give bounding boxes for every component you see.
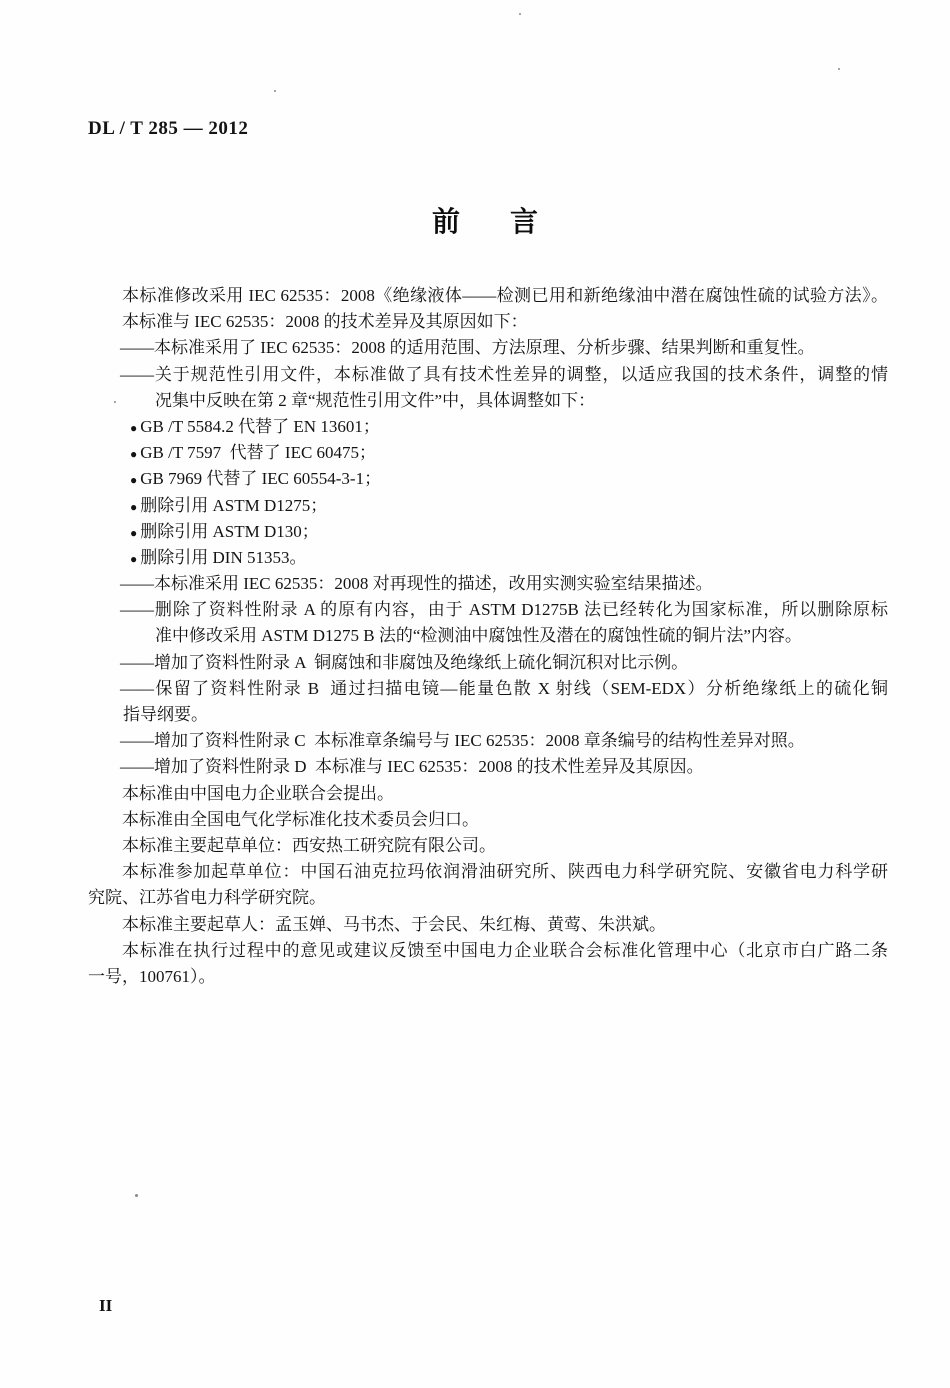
text-line: ● 删除引用 DIN 51353。 (88, 545, 888, 571)
text-line: ——保留了资料性附录 B 通过扫描电镜—能量色散 X 射线（SEM-EDX）分析… (88, 676, 888, 702)
scan-speck (519, 13, 521, 15)
title-char-2: 言 (510, 200, 538, 240)
bullet-icon: ● (130, 526, 140, 540)
text-line: ● GB 7969 代替了 IEC 60554-3-1； (88, 466, 888, 492)
foreword-body: 本标准修改采用 IEC 62535：2008《绝缘液体——检测已用和新绝缘油中潜… (88, 283, 888, 990)
text-line: ● 删除引用 ASTM D130； (88, 519, 888, 545)
bullet-icon: ● (130, 552, 140, 566)
text-line: ——本标准采用了 IEC 62535：2008 的适用范围、方法原理、分析步骤、… (88, 335, 888, 361)
text-line: ● 删除引用 ASTM D1275； (88, 493, 888, 519)
text-line: 准中修改采用 ASTM D1275 B 法的“检测油中腐蚀性及潜在的腐蚀性硫的铜… (88, 623, 888, 649)
text-line: ——增加了资料性附录 D 本标准与 IEC 62535：2008 的技术性差异及… (88, 754, 888, 780)
text-line: 本标准与 IEC 62535：2008 的技术差异及其原因如下： (88, 309, 888, 335)
text-line: ——增加了资料性附录 C 本标准章条编号与 IEC 62535：2008 章条编… (88, 728, 888, 754)
text-line: 本标准由全国电气化学标准化技术委员会归口。 (88, 807, 888, 833)
text-line: 况集中反映在第 2 章“规范性引用文件”中，具体调整如下： (88, 388, 888, 414)
bullet-icon: ● (130, 500, 140, 514)
title-char-1: 前 (432, 200, 460, 240)
text-line: 本标准主要起草人：孟玉婵、马书杰、于会民、朱红梅、黄莺、朱洪斌。 (88, 912, 888, 938)
bullet-icon: ● (130, 473, 140, 487)
text-line: 本标准修改采用 IEC 62535：2008《绝缘液体——检测已用和新绝缘油中潜… (88, 283, 888, 309)
text-line: ——删除了资料性附录 A 的原有内容，由于 ASTM D1275B 法已经转化为… (88, 597, 888, 623)
scan-speck (135, 1194, 138, 1197)
text-line: 一号，100761）。 (88, 964, 888, 990)
text-line: ● GB /T 5584.2 代替了 EN 13601； (88, 414, 888, 440)
text-line: 指导纲要。 (88, 702, 888, 728)
document-page: DL / T 285 — 2012 前 言 本标准修改采用 IEC 62535：… (0, 0, 950, 1388)
scan-speck (838, 68, 840, 70)
scan-speck (114, 401, 116, 403)
scan-speck (274, 90, 276, 92)
text-line: ● GB /T 7597 代替了 IEC 60475； (88, 440, 888, 466)
standard-number-header: DL / T 285 — 2012 (88, 118, 248, 140)
page-number: II (99, 1296, 112, 1316)
text-line: ——关于规范性引用文件，本标准做了具有技术性差异的调整，以适应我国的技术条件，调… (88, 362, 888, 388)
bullet-icon: ● (130, 447, 140, 461)
text-line: 本标准由中国电力企业联合会提出。 (88, 781, 888, 807)
text-line: 本标准参加起草单位：中国石油克拉玛依润滑油研究所、陕西电力科学研究院、安徽省电力… (88, 859, 888, 885)
text-line: ——本标准采用 IEC 62535：2008 对再现性的描述，改用实测实验室结果… (88, 571, 888, 597)
text-line: 究院、江苏省电力科学研究院。 (88, 885, 888, 911)
bullet-icon: ● (130, 421, 140, 435)
text-line: 本标准主要起草单位：西安热工研究院有限公司。 (88, 833, 888, 859)
text-line: ——增加了资料性附录 A 铜腐蚀和非腐蚀及绝缘纸上硫化铜沉积对比示例。 (88, 650, 888, 676)
text-line: 本标准在执行过程中的意见或建议反馈至中国电力企业联合会标准化管理中心（北京市白广… (88, 938, 888, 964)
page-title: 前 言 (10, 200, 950, 240)
